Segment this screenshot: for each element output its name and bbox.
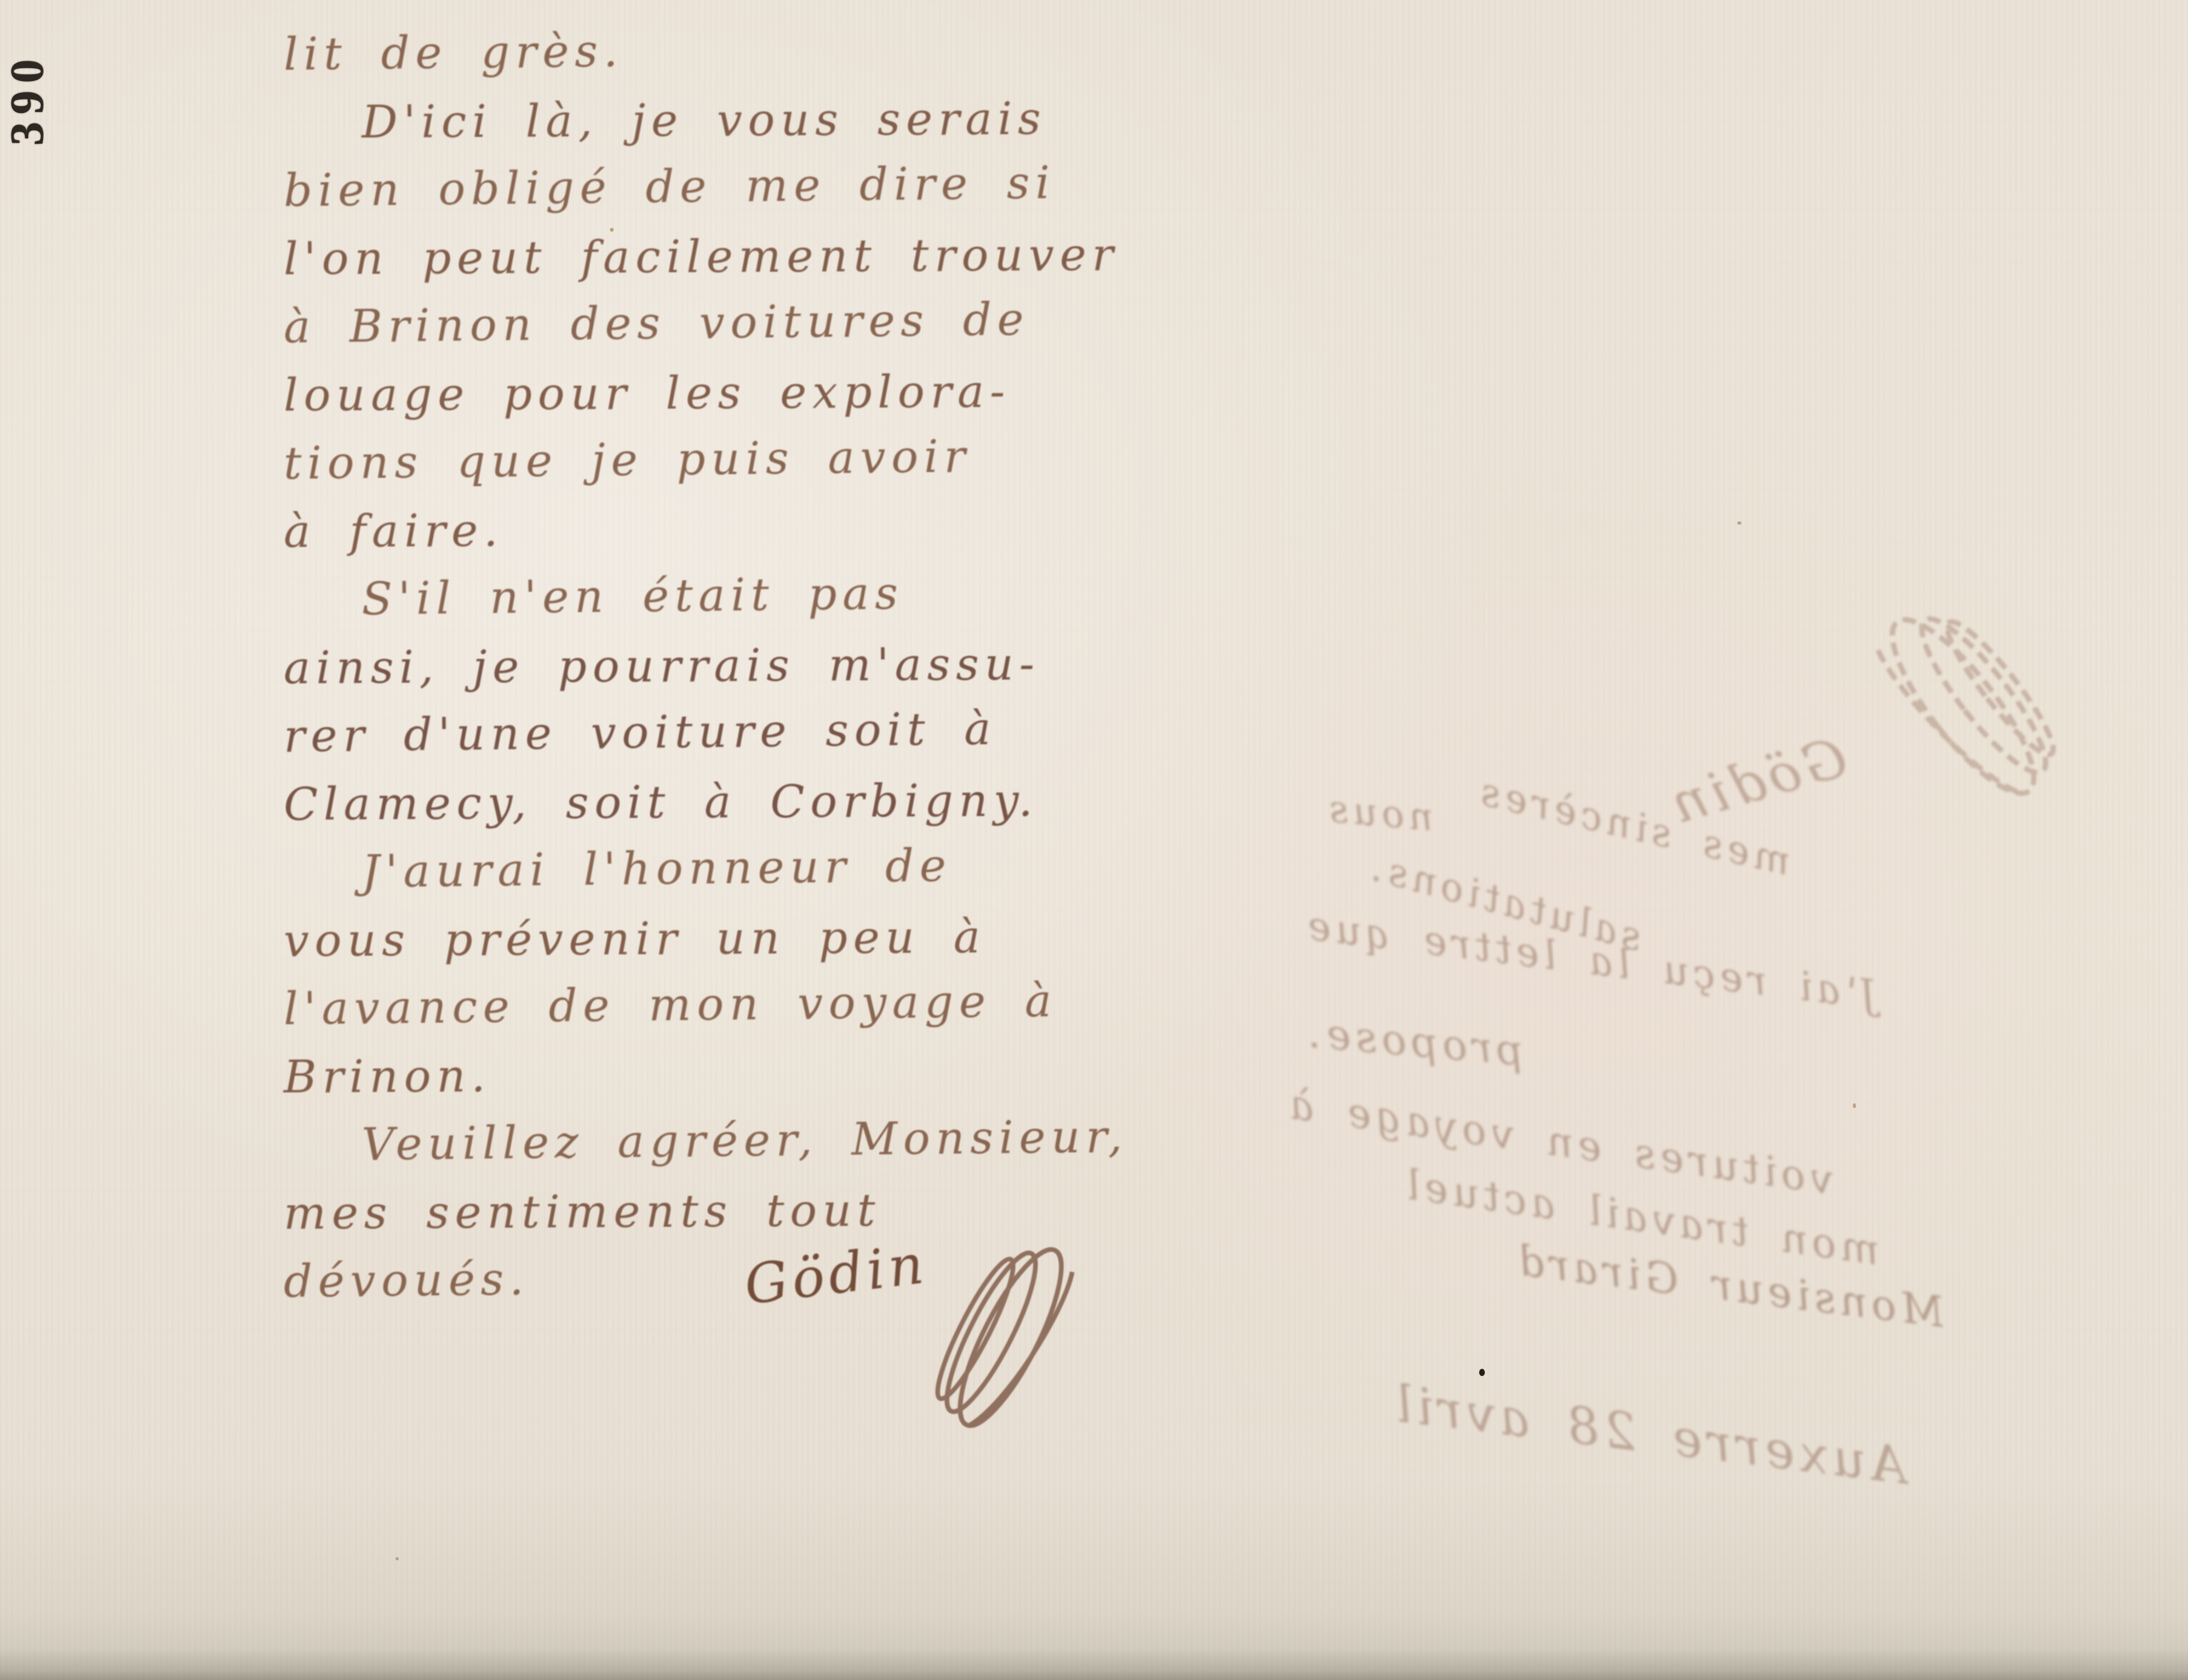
letter-line: ainsi, je pourrais m'assu- xyxy=(284,630,1195,703)
letter-line: D'ici là, je vous serais xyxy=(284,84,1195,157)
letter-line: S'il n'en était pas xyxy=(283,557,1194,634)
bleedthrough-line: propose. xyxy=(1302,1008,1525,1075)
letter-line: vous prévenir un peu à xyxy=(284,902,1195,975)
letter-line: rer d'une voiture soit à xyxy=(283,693,1194,771)
letter-line: J'aurai l'honneur de xyxy=(283,830,1194,907)
scan-bottom-shadow xyxy=(0,1649,2188,1680)
page-number-stamp: 390 xyxy=(0,33,71,169)
paper-speck xyxy=(396,1557,399,1560)
paper-speck xyxy=(1479,1369,1485,1376)
letter-line: l'on peut facilement trouver xyxy=(284,221,1195,294)
page-number-stamp-text: 390 xyxy=(0,68,54,146)
letter-line: à Brinon des voitures de xyxy=(283,284,1194,362)
paper-speck xyxy=(1853,1103,1856,1108)
letter-body: lit de grès. D'ici là, je vous serais bi… xyxy=(284,21,1194,1316)
bleedthrough-flourish xyxy=(1807,554,2128,857)
signature-text: Gödin xyxy=(741,1232,931,1317)
signature-flourish xyxy=(912,1228,1110,1447)
letter-line: l'avance de mon voyage à xyxy=(283,966,1194,1043)
letter-line: bien obligé de me dire si xyxy=(283,148,1194,225)
letter-line: tions que je puis avoir xyxy=(283,421,1194,498)
signature: Gödin xyxy=(744,1233,1119,1452)
paper-speck xyxy=(1737,521,1741,525)
letter-line: Brinon. xyxy=(284,1039,1195,1112)
letter-line: Clamecy, soit à Corbigny. xyxy=(284,766,1195,839)
letter-scan-page: 390 lit de grès. D'ici là, je vous serai… xyxy=(0,0,2188,1680)
letter-line: Veuillez agréer, Monsieur, xyxy=(283,1102,1194,1180)
bleedthrough-line: nous xyxy=(1323,786,1435,839)
letter-line: à faire. xyxy=(284,493,1195,566)
paper-speck xyxy=(610,228,614,232)
bleedthrough-line: Auxerre 28 avril xyxy=(1388,1374,1911,1496)
letter-line: lit de grès. xyxy=(283,11,1194,89)
letter-line: louage pour les explora- xyxy=(284,357,1195,430)
